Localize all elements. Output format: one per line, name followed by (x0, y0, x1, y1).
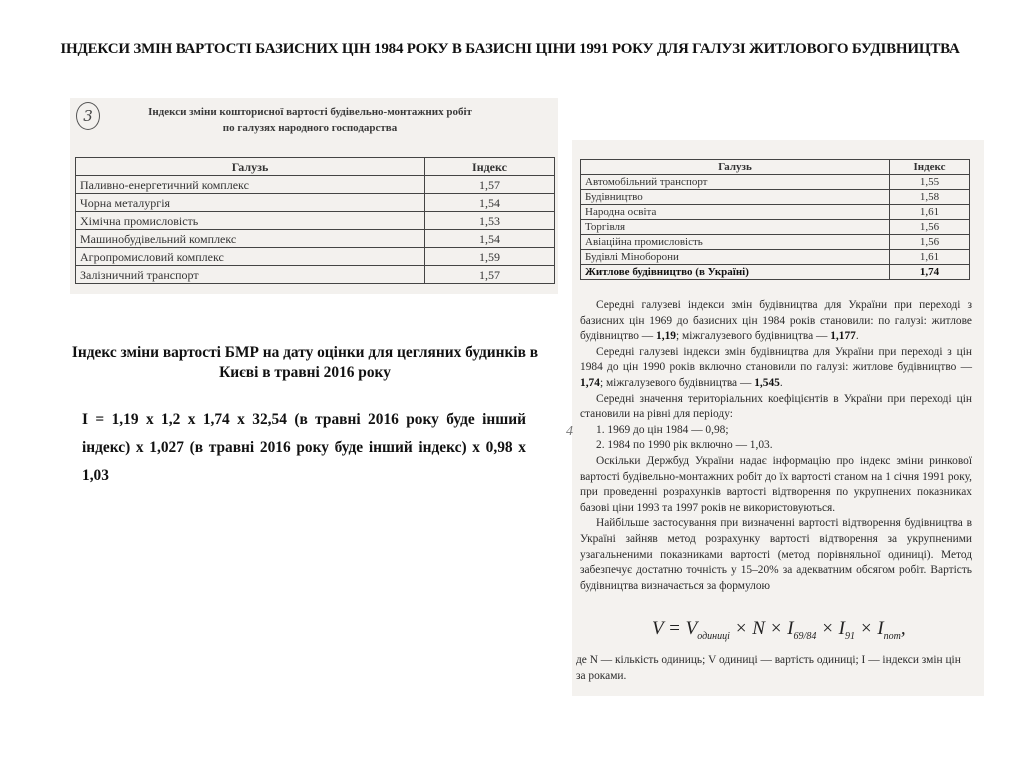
list-item: 1. 1969 до цін 1984 — 0,98; (580, 423, 972, 439)
table-row: Авіаційна промисловість1,56 (581, 235, 970, 250)
scanned-page-right: Галузь Індекс Автомобільний транспорт1,5… (572, 140, 984, 696)
table-caption: Індекси зміни кошторисної вартості будів… (110, 104, 510, 136)
index-equation: I = 1,19 х 1,2 х 1,74 х 32,54 (в травні … (82, 406, 526, 490)
industry-index-table-2: Галузь Індекс Автомобільний транспорт1,5… (580, 159, 970, 280)
table-row: Автомобільний транспорт1,55 (581, 175, 970, 190)
table-row: Торгівля1,56 (581, 220, 970, 235)
table-row: Хімічна промисловість1,53 (76, 212, 555, 230)
cost-formula: V = Vодиниці × N × I69/84 × I91 × Iпот, (652, 618, 906, 642)
table-row-highlight: Житлове будівництво (в Україні)1,74 (581, 265, 970, 280)
section-subtitle: Індекс зміни вартості БМР на дату оцінки… (70, 343, 540, 383)
body-text: Середні галузеві індекси змін будівництв… (580, 298, 972, 594)
table-row: Агропромисловий комплекс1,59 (76, 248, 555, 266)
handwritten-mark: 3 (76, 102, 100, 130)
table-row: Чорна металургія1,54 (76, 194, 555, 212)
paragraph: Середні галузеві індекси змін будівництв… (580, 298, 972, 345)
table-row: Машинобудівельний комплекс1,54 (76, 230, 555, 248)
table-row: Будівлі Міноборони1,61 (581, 250, 970, 265)
industry-index-table: Галузь Індекс Паливно-енергетичний компл… (75, 157, 555, 284)
paragraph: Середні галузеві індекси змін будівництв… (580, 345, 972, 392)
table-row: Будівництво1,58 (581, 190, 970, 205)
table-row: Паливно-енергетичний комплекс1,57 (76, 176, 555, 194)
table-row: Народна освіта1,61 (581, 205, 970, 220)
list-item: 2. 1984 по 1990 рік включно — 1,03. (580, 438, 972, 454)
paragraph: Середні значення територіальних коефіціє… (580, 392, 972, 423)
table-header: Галузь Індекс (76, 158, 555, 176)
paragraph: Найбільше застосування при визначенні ва… (580, 516, 972, 594)
table-header: Галузь Індекс (581, 160, 970, 175)
paragraph: Оскільки Держбуд України надає інформаці… (580, 454, 972, 516)
scanned-table-left: 3 Індекси зміни кошторисної вартості буд… (70, 98, 558, 294)
page-title: ІНДЕКСИ ЗМІН ВАРТОСТІ БАЗИСНИХ ЦІН 1984 … (60, 40, 960, 59)
table-row: Залізничний транспорт1,57 (76, 266, 555, 284)
formula-legend: де N — кількість одиниць; V одиниці — ва… (576, 652, 972, 684)
pencil-mark: 4 (566, 424, 573, 440)
